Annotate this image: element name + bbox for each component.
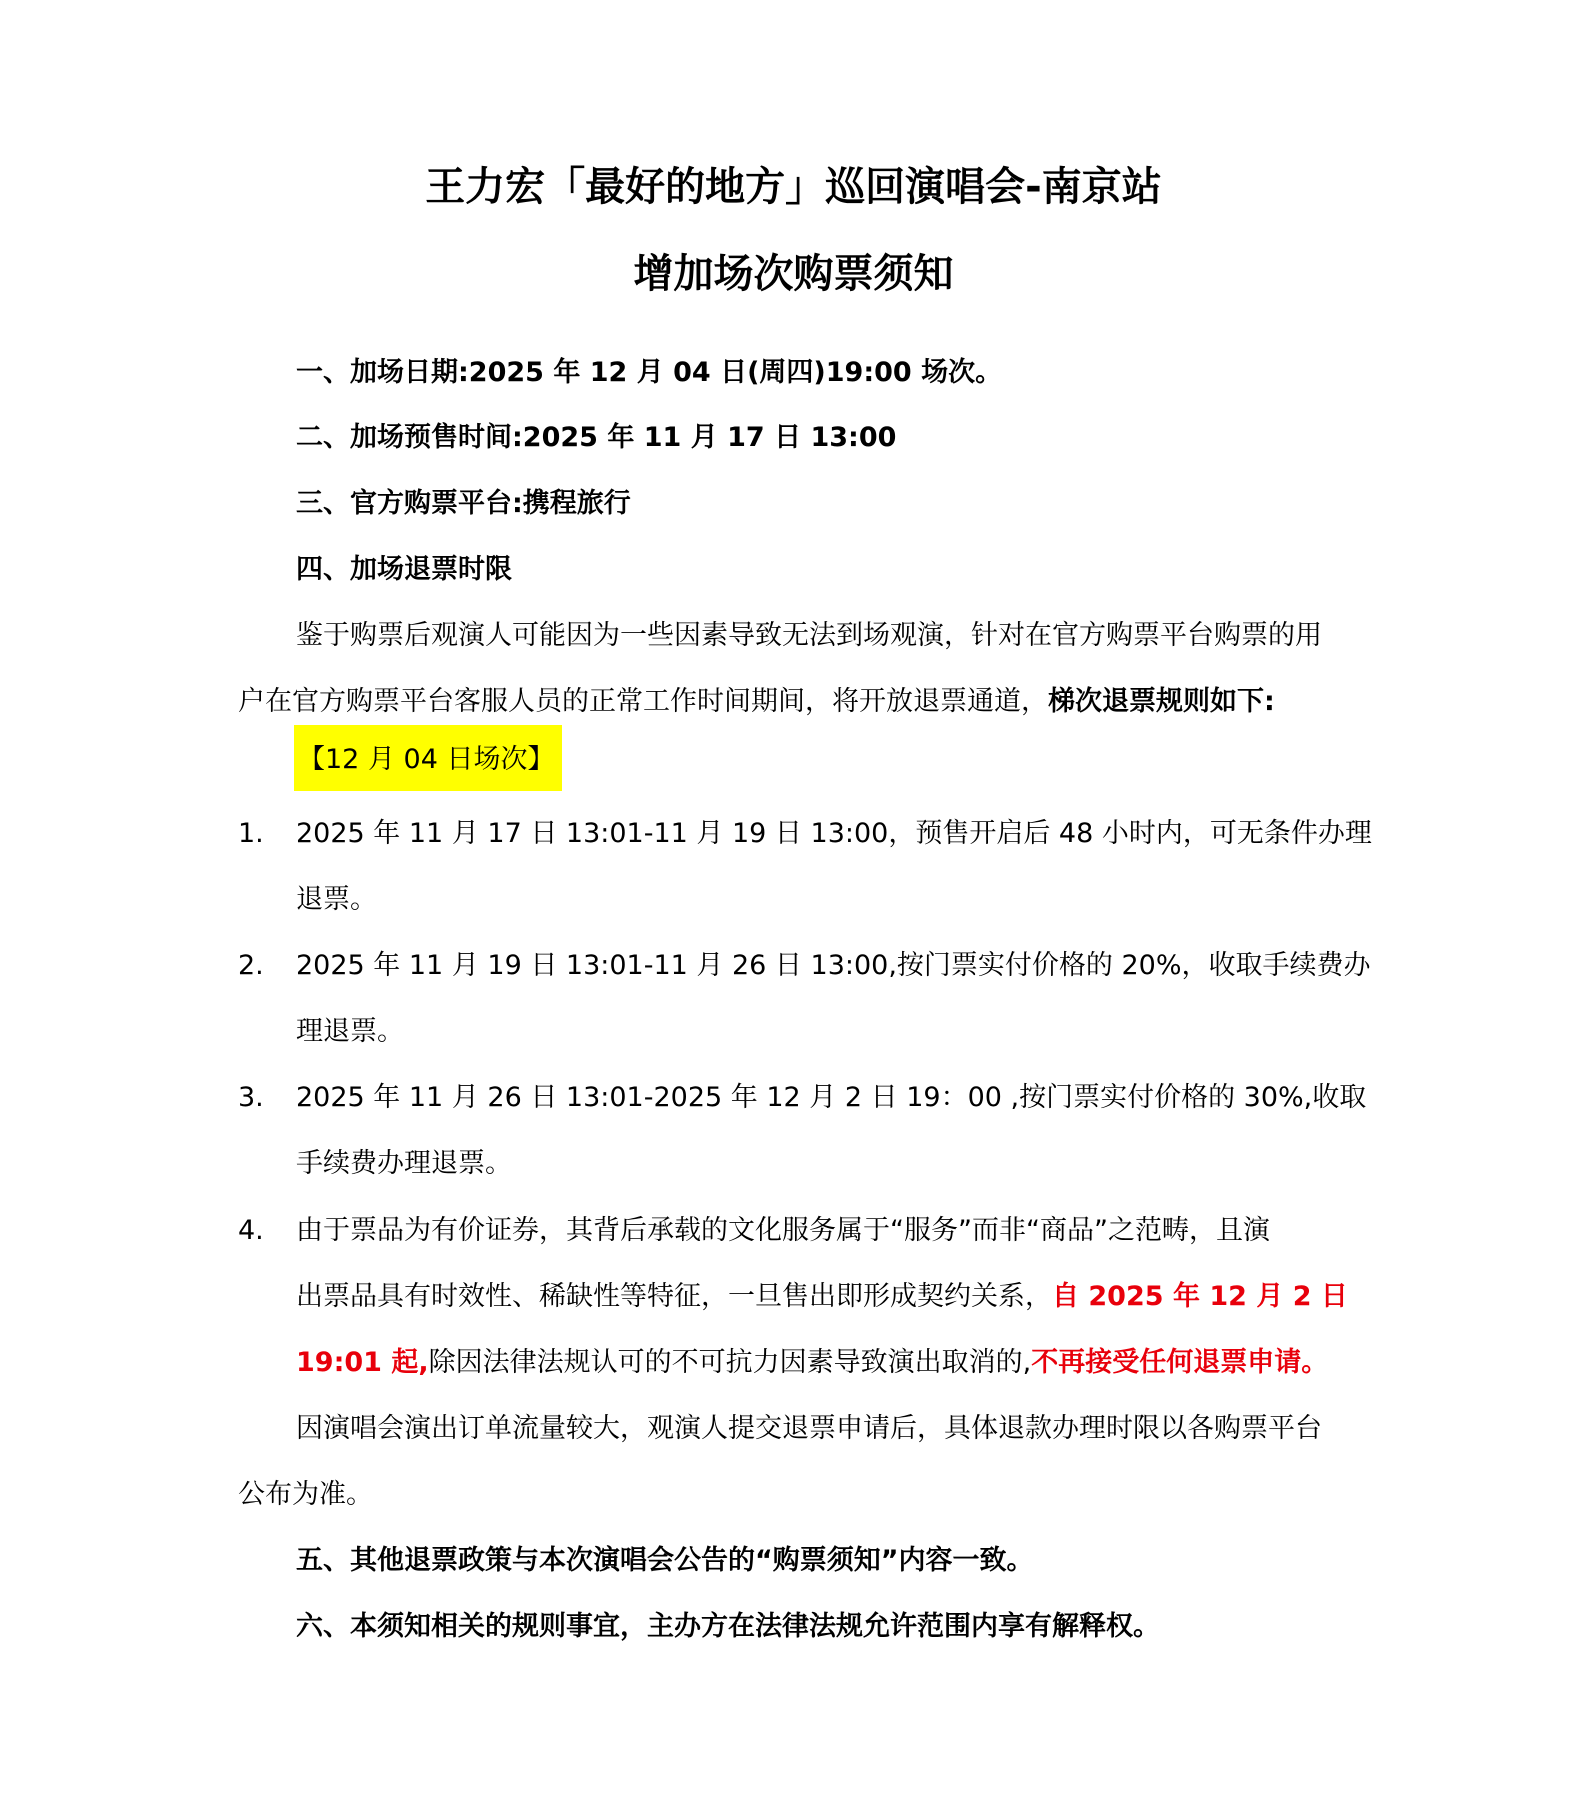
document-subtitle: 增加场次购票须知 <box>0 242 1587 299</box>
intro-paragraph-line1: 鉴于购票后观演人可能因为一些因素导致无法到场观演，针对在官方购票平台购票的用 <box>296 619 1322 653</box>
intro-text: 户在官方购票平台客服人员的正常工作时间期间，将开放退票通道， <box>238 686 1048 717</box>
section-2-presale-time: 二、加场预售时间:2025 年 11 月 17 日 13:00 <box>296 421 896 455</box>
rule-4-red-date: 自 2025 年 12 月 2 日 <box>1052 1281 1348 1312</box>
rule-4-text: 出票品具有时效性、稀缺性等特征，一旦售出即形成契约关系， <box>296 1281 1052 1312</box>
rule-2-line1: 2025 年 11 月 19 日 13:01-11 月 26 日 13:00,按… <box>296 949 1371 983</box>
rule-2-line2: 理退票。 <box>296 1015 404 1049</box>
rule-4-red-time: 19:01 起, <box>296 1347 429 1378</box>
rule-1-line2: 退票。 <box>296 883 377 917</box>
rule-4-exception-text: 除因法律法规认可的不可抗力因素导致演出取消的, <box>429 1347 1032 1378</box>
note-line1: 因演唱会演出订单流量较大，观演人提交退票申请后，具体退款办理时限以各购票平台 <box>296 1412 1322 1446</box>
section-3-platform: 三、官方购票平台:携程旅行 <box>296 487 631 521</box>
document-page: 王力宏「最好的地方」巡回演唱会-南京站 增加场次购票须知 一、加场日期:2025… <box>0 0 1587 1812</box>
document-title: 王力宏「最好的地方」巡回演唱会-南京站 <box>0 155 1587 212</box>
intro-bold-rules: 梯次退票规则如下: <box>1048 686 1275 717</box>
section-4-refund-heading: 四、加场退票时限 <box>296 553 512 587</box>
rule-4-line3: 19:01 起,除因法律法规认可的不可抗力因素导致演出取消的,不再接受任何退票申… <box>296 1346 1328 1380</box>
rule-4-red-no-refund: 不再接受任何退票申请。 <box>1031 1347 1328 1378</box>
rule-3-line2: 手续费办理退票。 <box>296 1147 512 1181</box>
session-highlight: 【12 月 04 日场次】 <box>294 725 562 791</box>
intro-paragraph-line2: 户在官方购票平台客服人员的正常工作时间期间，将开放退票通道，梯次退票规则如下: <box>238 685 1275 719</box>
rule-3-number: 3. <box>238 1081 264 1115</box>
highlighted-session-label: 【12 月 04 日场次】 <box>294 725 562 791</box>
rule-1-number: 1. <box>238 817 264 851</box>
rule-1-line1: 2025 年 11 月 17 日 13:01-11 月 19 日 13:00，预… <box>296 817 1372 851</box>
note-line2: 公布为准。 <box>238 1478 373 1512</box>
rule-3-line1: 2025 年 11 月 26 日 13:01-2025 年 12 月 2 日 1… <box>296 1081 1366 1115</box>
section-6-interpretation: 六、本须知相关的规则事宜，主办方在法律法规允许范围内享有解释权。 <box>296 1610 1160 1644</box>
section-1-date: 一、加场日期:2025 年 12 月 04 日(周四)19:00 场次。 <box>296 356 1002 390</box>
rule-4-number: 4. <box>238 1214 264 1248</box>
section-5-other-policy: 五、其他退票政策与本次演唱会公告的“购票须知”内容一致。 <box>296 1544 1034 1578</box>
rule-4-line2: 出票品具有时效性、稀缺性等特征，一旦售出即形成契约关系，自 2025 年 12 … <box>296 1280 1348 1314</box>
rule-4-line1: 由于票品为有价证券，其背后承载的文化服务属于“服务”而非“商品”之范畴，且演 <box>296 1214 1270 1248</box>
rule-2-number: 2. <box>238 949 264 983</box>
